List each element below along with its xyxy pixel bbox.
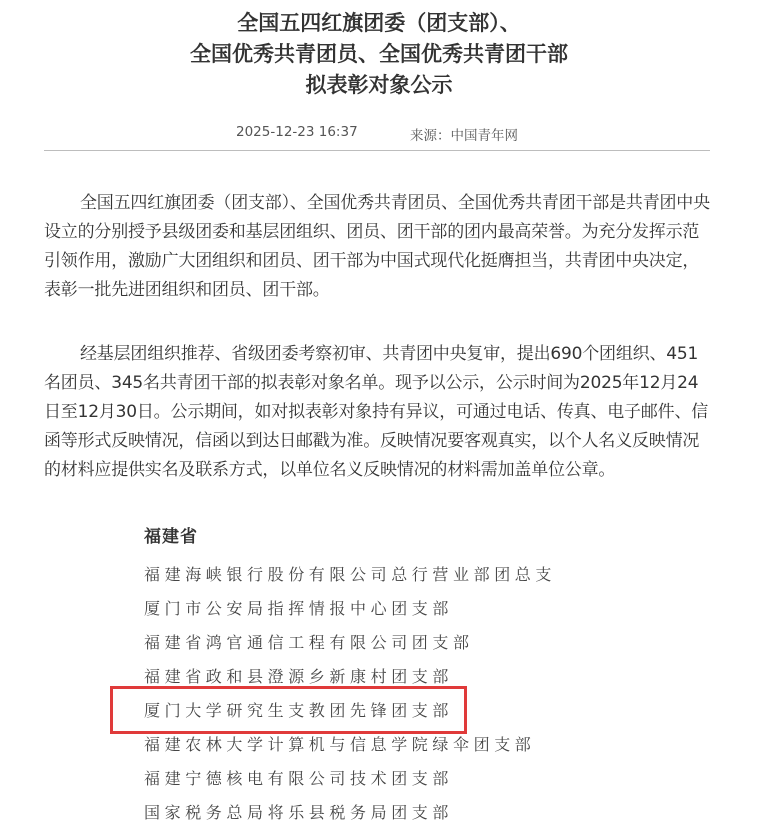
intro-paragraph: 全国五四红旗团委（团支部）、全国优秀共青团员、全国优秀共青团干部是共青团中央设立… [44, 189, 712, 305]
title-line-2: 全国优秀共青团员、全国优秀共青团干部 [0, 39, 758, 70]
list-item: 福建省鸿官通信工程有限公司团支部 [144, 626, 556, 660]
list-item: 国家税务总局将乐县税务局团支部 [144, 796, 556, 830]
header-divider [44, 150, 710, 151]
province-heading: 福建省 [144, 524, 556, 550]
honoree-list: 福建省 福建海峡银行股份有限公司总行营业部团总支 厦门市公安局指挥情报中心团支部… [144, 524, 556, 830]
title-line-3: 拟表彰对象公示 [0, 70, 758, 101]
publish-date: 2025-12-23 16:37 [236, 124, 358, 140]
title-line-1: 全国五四红旗团委（团支部）、 [0, 8, 758, 39]
list-item: 福建宁德核电有限公司技术团支部 [144, 762, 556, 796]
list-item: 福建海峡银行股份有限公司总行营业部团总支 [144, 558, 556, 592]
article-source: 来源：中国青年网 [410, 124, 518, 144]
notice-paragraph: 经基层团组织推荐、省级团委考察初审、共青团中央复审，提出690个团组织、451名… [44, 340, 712, 485]
list-item: 厦门市公安局指挥情报中心团支部 [144, 592, 556, 626]
article-title: 全国五四红旗团委（团支部）、 全国优秀共青团员、全国优秀共青团干部 拟表彰对象公… [0, 8, 758, 101]
red-highlight-box [110, 686, 467, 734]
